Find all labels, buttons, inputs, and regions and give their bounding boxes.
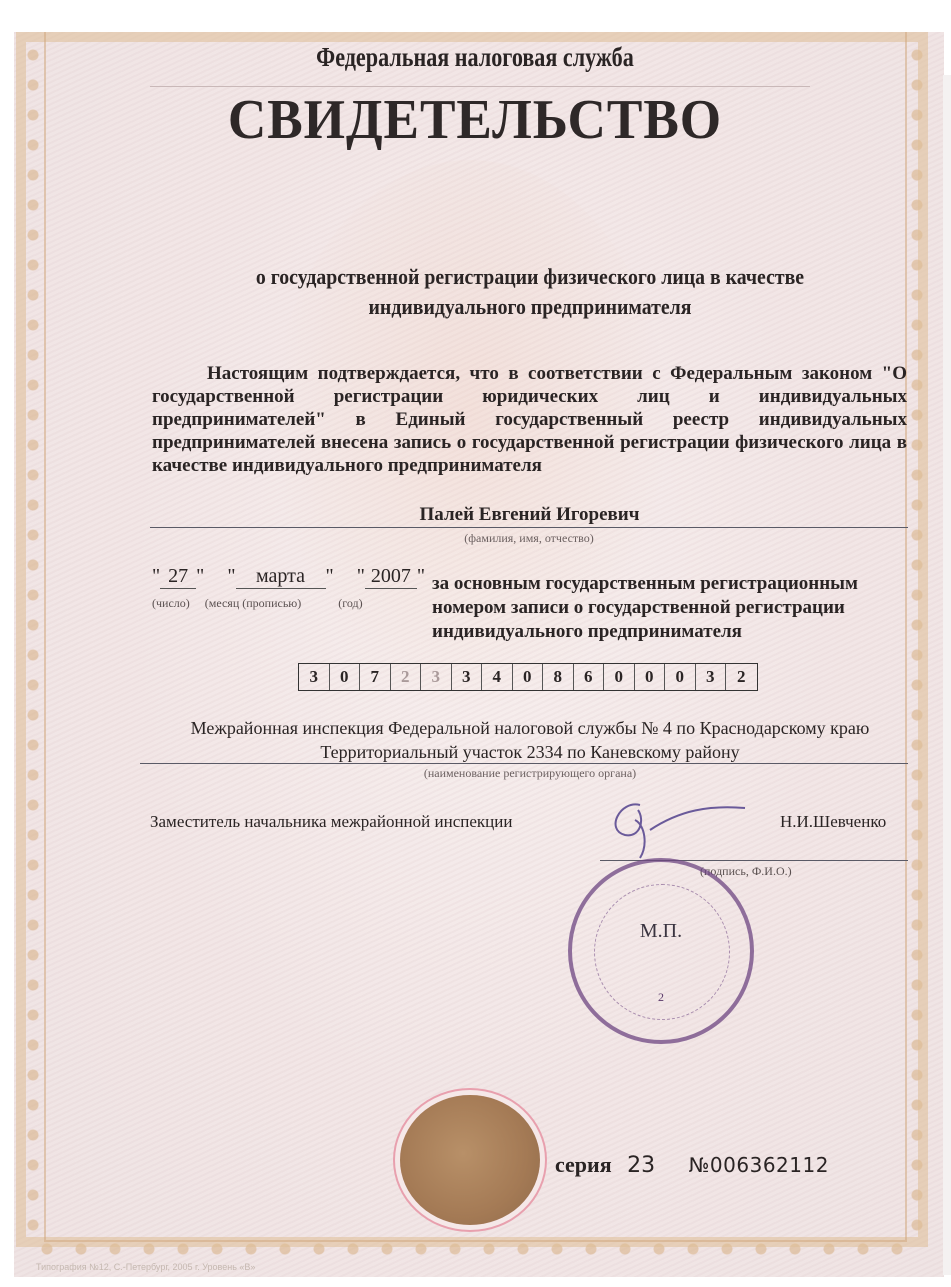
scan-edge bbox=[943, 75, 951, 1275]
date-captions: (число) (месяц (прописью) (год) bbox=[152, 596, 452, 611]
ogrnip-digit: 2 bbox=[726, 664, 757, 690]
year-caption: (год) bbox=[338, 596, 362, 610]
ogrnip-digit: 0 bbox=[513, 664, 544, 690]
ogrnip-digit: 3 bbox=[452, 664, 483, 690]
reg-text-line-2: номером записи о государственной регистр… bbox=[432, 596, 902, 620]
ogrnip-digit: 2 bbox=[391, 664, 422, 690]
person-full-name: Палей Евгений Игоревич bbox=[152, 504, 907, 526]
date-month: марта bbox=[236, 565, 326, 589]
ogrnip-digit: 7 bbox=[360, 664, 391, 690]
ogrnip-digit: 4 bbox=[482, 664, 513, 690]
document-title: СВИДЕТЕЛЬСТВО bbox=[166, 88, 784, 152]
reg-text-line-3: индивидуального предпринимателя bbox=[432, 620, 902, 644]
registration-date: "27" "марта" "2007" bbox=[152, 565, 425, 589]
authority-caption: (наименование регистрирующего органа) bbox=[150, 766, 910, 781]
document-subtitle: о государственной регистрации физическог… bbox=[188, 262, 872, 322]
series-label: серия bbox=[555, 1152, 612, 1177]
ogrnip-digit: 0 bbox=[604, 664, 635, 690]
certification-statement: Настоящим подтверждается, что в соответс… bbox=[152, 362, 907, 477]
authority-line-1: Межрайонная инспекция Федеральной налого… bbox=[150, 716, 910, 740]
registration-number-text: за основным государственным регистрацион… bbox=[432, 572, 902, 644]
day-caption: (число) bbox=[152, 596, 190, 610]
date-year: 2007 bbox=[365, 565, 417, 589]
ogrnip-digit: 6 bbox=[574, 664, 605, 690]
signatory-name: Н.И.Шевченко bbox=[780, 812, 886, 832]
certificate-number: №006362112 bbox=[689, 1153, 829, 1177]
official-stamp-icon: М.П. 2 bbox=[568, 858, 754, 1044]
signatory-position: Заместитель начальника межрайонной инспе… bbox=[150, 812, 512, 832]
ogrnip-digit: 8 bbox=[543, 664, 574, 690]
agency-name: Федеральная налоговая служба bbox=[250, 42, 701, 73]
ogrnip-digit: 3 bbox=[421, 664, 452, 690]
reg-text-line-1: за основным государственным регистрацион… bbox=[432, 572, 902, 596]
gold-emblem-seal-icon bbox=[400, 1095, 540, 1225]
stamp-number: 2 bbox=[572, 990, 750, 1005]
handwritten-signature-icon bbox=[600, 790, 750, 860]
series-number: серия 23 №006362112 bbox=[555, 1152, 829, 1178]
subtitle-line-1: о государственной регистрации физическог… bbox=[188, 262, 872, 292]
date-day: 27 bbox=[160, 565, 196, 589]
printer-imprint: Типография №12, С.-Петербург, 2005 г. Ур… bbox=[36, 1262, 255, 1272]
ogrnip-digit: 3 bbox=[696, 664, 727, 690]
month-caption: (месяц (прописью) bbox=[205, 596, 302, 610]
name-caption: (фамилия, имя, отчество) bbox=[150, 531, 908, 546]
authority-line-2: Территориальный участок 2334 по Каневско… bbox=[150, 740, 910, 764]
ogrnip-digit: 0 bbox=[665, 664, 696, 690]
stamp-mark: М.П. bbox=[572, 920, 750, 943]
ogrnip-digit: 0 bbox=[330, 664, 361, 690]
registering-authority: Межрайонная инспекция Федеральной налого… bbox=[150, 716, 910, 764]
ogrnip-digit: 0 bbox=[635, 664, 666, 690]
name-underline bbox=[150, 527, 908, 528]
series-value: 23 bbox=[627, 1153, 655, 1178]
ogrnip-digit: 3 bbox=[299, 664, 330, 690]
subtitle-line-2: индивидуального предпринимателя bbox=[188, 292, 872, 322]
ogrnip-number-boxes: 307233408600032 bbox=[298, 663, 758, 691]
header-divider bbox=[150, 86, 810, 87]
authority-underline bbox=[140, 763, 908, 764]
